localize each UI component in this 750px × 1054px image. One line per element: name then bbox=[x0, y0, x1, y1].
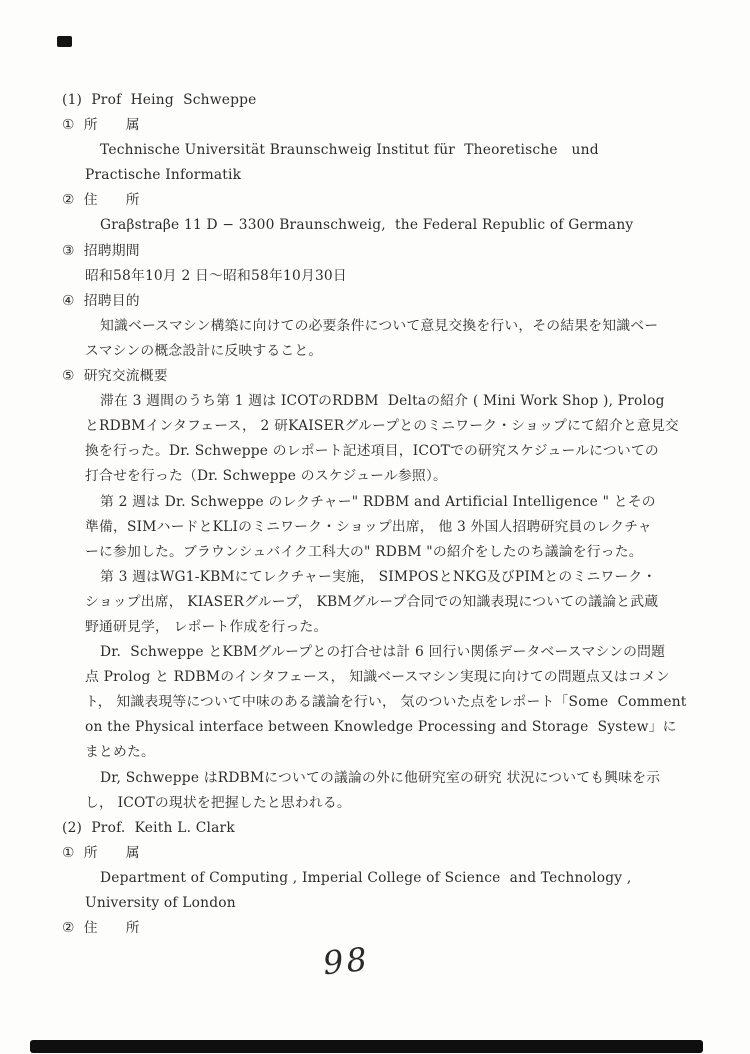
document-line: ト， 知識表現等について中味のある議論を行い， 気のついた点をレポート「Some… bbox=[62, 690, 682, 715]
document-line: Graβstraβe 11 D − 3300 Braunschweig, the… bbox=[62, 213, 682, 238]
document-line: 第 3 週はWG1-KBMにてレクチャー実施， SIMPOSとNKG及びPIMと… bbox=[62, 565, 682, 590]
document-line: とRDBMインタフェース， 2 研KAISERグループとのミニワーク・ショップに… bbox=[62, 414, 682, 439]
document-line: 知識ベースマシン構築に向けての必要条件について意見交換を行い，その結果を知識ベー bbox=[62, 314, 682, 339]
document-line: 野通研見学， レポート作成を行った。 bbox=[62, 615, 682, 640]
document-line: Technische Universität Braunschweig Inst… bbox=[62, 138, 682, 163]
document-line: ② 住 所 bbox=[62, 916, 682, 941]
document-line: まとめた。 bbox=[62, 740, 682, 765]
document-line: (2) Prof. Keith L. Clark bbox=[62, 816, 682, 841]
document-line: ④ 招聘目的 bbox=[62, 289, 682, 314]
document-line: し， ICOTの現状を把握したと思われる。 bbox=[62, 791, 682, 816]
scan-bottom-bar bbox=[30, 1040, 703, 1053]
document-line: 準備，SIMハードとKLIのミニワーク・ショップ出席， 他 3 外国人招聘研究員… bbox=[62, 515, 682, 540]
document-line: ③ 招聘期間 bbox=[62, 239, 682, 264]
document-line: 点 Prolog と RDBMのインタフェース， 知識ベースマシン実現に向けての… bbox=[62, 665, 682, 690]
document-line: Dr. Schweppe とKBMグループとの打合せは計 6 回行い関係データベ… bbox=[62, 640, 682, 665]
document-line: ⑤ 研究交流概要 bbox=[62, 364, 682, 389]
document-line: 換を行った。Dr. Schweppe のレポート記述項目，ICOTでの研究スケジ… bbox=[62, 439, 682, 464]
document-line: 第 2 週は Dr. Schweppe のレクチャー" RDBM and Art… bbox=[62, 490, 682, 515]
document-line: ① 所 属 bbox=[62, 113, 682, 138]
document-line: (1) Prof Heing Schweppe bbox=[62, 88, 682, 113]
document-line: スマシンの概念設計に反映すること。 bbox=[62, 339, 682, 364]
document-line: Dr, Schweppe はRDBMについての議論の外に他研究室の研究 状況につ… bbox=[62, 766, 682, 791]
handwritten-page-number: 98 bbox=[321, 940, 371, 983]
document-line: on the Physical interface between Knowle… bbox=[62, 715, 682, 740]
scan-corner-mark bbox=[57, 36, 72, 47]
document-line: Department of Computing , Imperial Colle… bbox=[62, 866, 682, 891]
document-line: ーに参加した。ブラウンシュバイク工科大の" RDBM "の紹介をしたのち議論を行… bbox=[62, 540, 682, 565]
document-line: ② 住 所 bbox=[62, 188, 682, 213]
document-line: 打合せを行った（Dr. Schweppe のスケジュール参照）。 bbox=[62, 464, 682, 489]
scanned-document-page: (1) Prof Heing Schweppe① 所 属Technische U… bbox=[0, 0, 750, 1054]
document-line: ショップ出席， KIASERグループ， KBMグループ合同での知識表現についての… bbox=[62, 590, 682, 615]
document-line: ① 所 属 bbox=[62, 841, 682, 866]
document-line: 昭和58年10月 2 日〜昭和58年10月30日 bbox=[62, 264, 682, 289]
document-line: 滞在 3 週間のうち第 1 週は ICOTのRDBM Deltaの紹介 ( Mi… bbox=[62, 389, 682, 414]
document-line: University of London bbox=[62, 891, 682, 916]
document-line: Practische Informatik bbox=[62, 163, 682, 188]
document-lines: (1) Prof Heing Schweppe① 所 属Technische U… bbox=[62, 88, 682, 941]
